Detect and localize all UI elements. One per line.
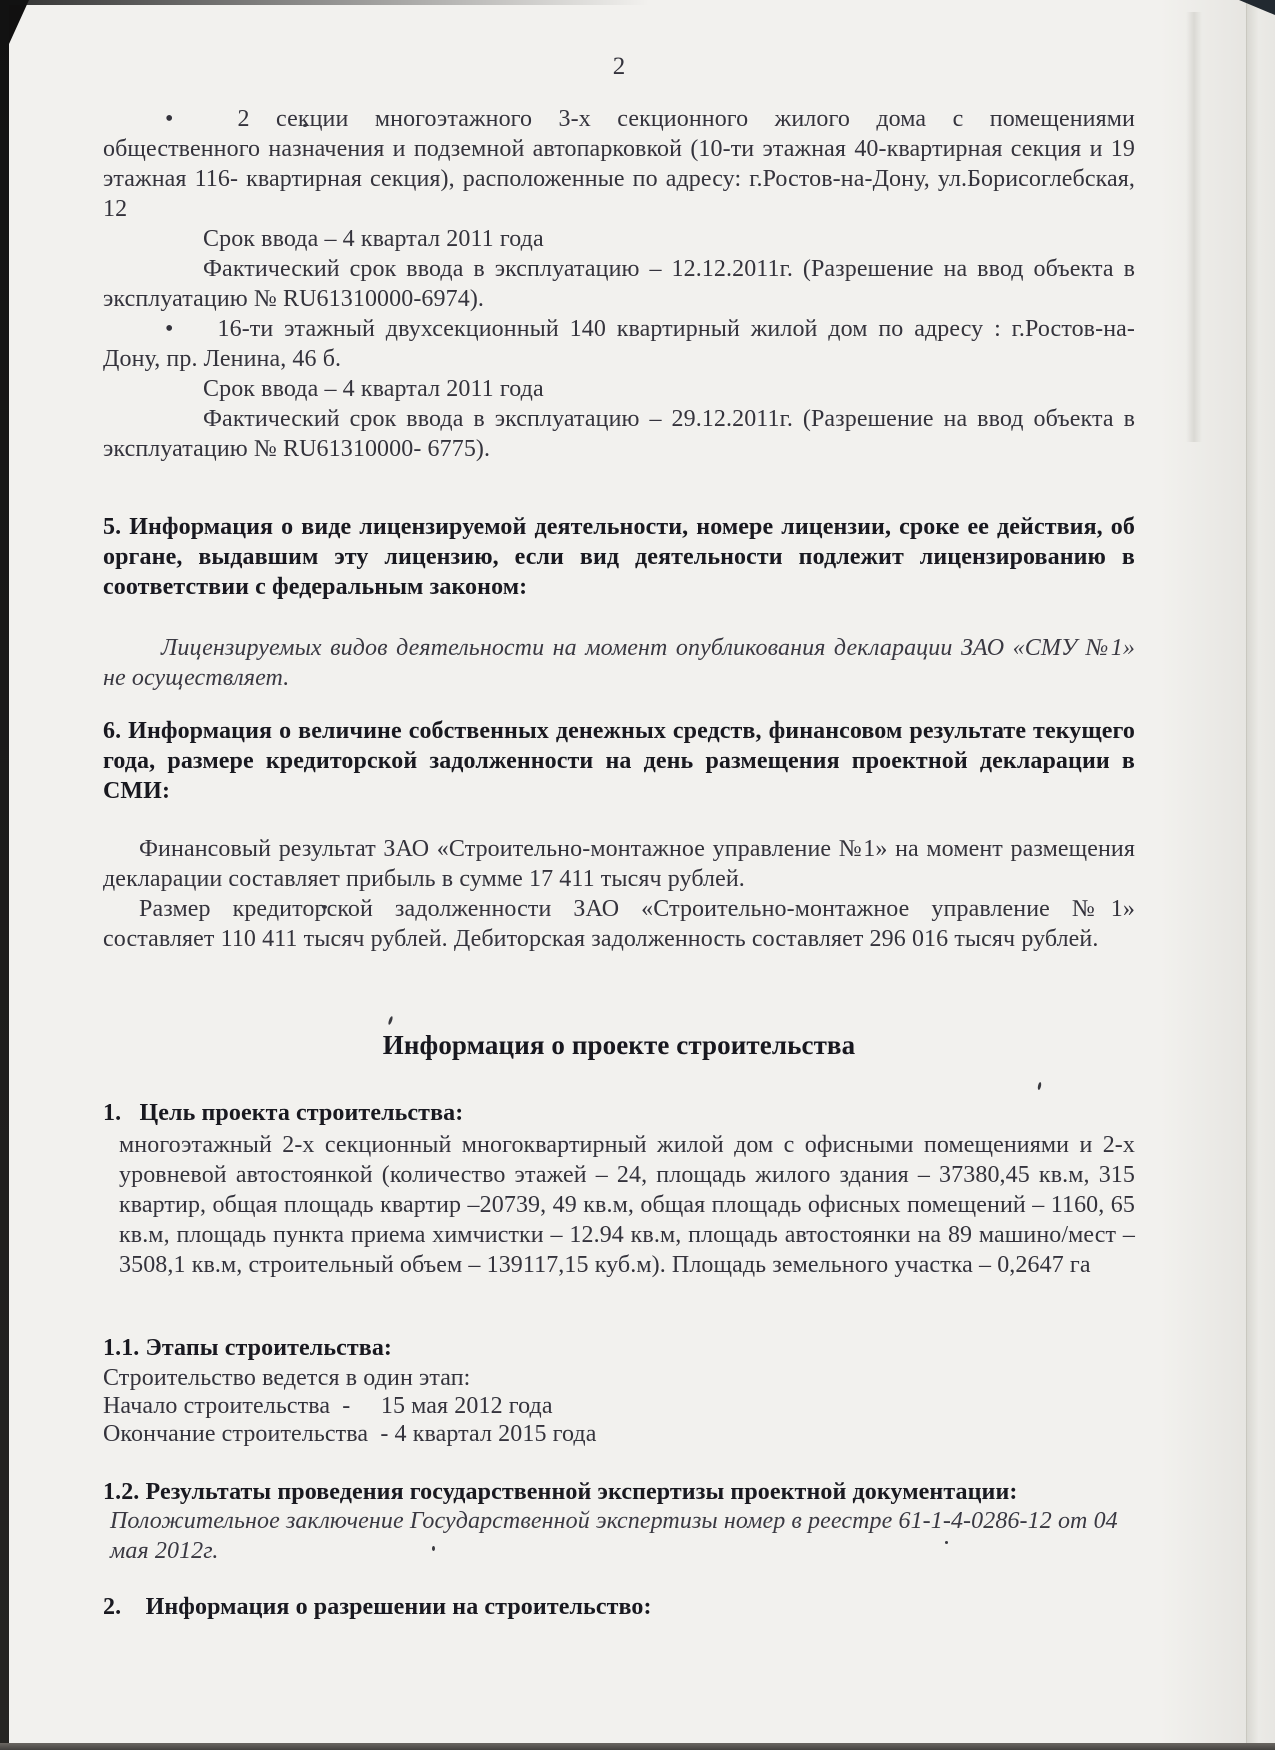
section-5-heading: 5. Информация о виде лицензируемой деяте… — [103, 512, 1135, 602]
scan-edge-left — [0, 0, 9, 1750]
construction-stages-line: Строительство ведется в один этап: — [103, 1363, 1135, 1393]
expertise-conclusion: Положительное заключение Государственной… — [103, 1506, 1142, 1566]
section-1-1-title: 1.1. Этапы строительства: — [103, 1333, 1135, 1363]
completed-object-1-text: 2 секции многоэтажного 3-х секционного ж… — [103, 106, 1135, 222]
paper-shading — [1160, 0, 1246, 1750]
project-info-heading: Информация о проекте строительства — [103, 1030, 1135, 1060]
completed-object-2-actual: Фактический срок ввода в эксплуатацию – … — [103, 404, 1135, 464]
completed-object-2-text: 16-ти этажный двухсекционный 140 квартир… — [103, 316, 1135, 372]
completed-object-2-term: Срок ввода – 4 квартал 2011 года — [103, 374, 1135, 404]
scan-speck — [1037, 1082, 1042, 1090]
section-1-body: многоэтажный 2-х секционный многоквартир… — [119, 1130, 1135, 1280]
bullet-icon: • — [165, 106, 238, 132]
scanned-document-page: 2 •2 секции многоэтажного 3-х секционног… — [0, 0, 1275, 1750]
scan-corner-top-right — [1239, 0, 1275, 15]
paper-crease — [1186, 12, 1202, 442]
scan-corner-top-left — [9, 0, 29, 44]
completed-object-1-term: Срок ввода – 4 квартал 2011 года — [103, 224, 1135, 254]
construction-end-line: Окончание строительства - 4 квартал 2015… — [103, 1419, 1135, 1449]
scan-side-strip — [1246, 0, 1275, 1750]
section-2-title: 2. Информация о разрешении на строительс… — [103, 1592, 1135, 1622]
scan-edge-top — [9, 0, 649, 5]
completed-object-2: •16-ти этажный двухсекционный 140 кварти… — [103, 314, 1135, 374]
financial-result-paragraph: Финансовый результат ЗАО «Строительно-мо… — [103, 834, 1135, 894]
section-6-heading: 6. Информация о величине собственных ден… — [103, 716, 1135, 806]
bullet-icon: • — [165, 316, 218, 342]
license-statement: Лицензируемых видов деятельности на моме… — [103, 633, 1135, 693]
section-1-title: 1. Цель проекта строительства: — [103, 1098, 1135, 1128]
completed-object-1-actual: Фактический срок ввода в эксплуатацию – … — [103, 254, 1135, 314]
completed-object-1: •2 секции многоэтажного 3-х секционного … — [103, 104, 1135, 224]
page-number: 2 — [103, 52, 1135, 82]
section-1-2-title: 1.2. Результаты проведения государственн… — [103, 1477, 1135, 1507]
scan-speck — [388, 1016, 394, 1025]
creditor-debt-paragraph: Размер кредиторской задолженности ЗАО «С… — [103, 894, 1135, 954]
construction-start-line: Начало строительства - 15 мая 2012 года — [103, 1391, 1135, 1421]
scan-edge-bottom — [0, 1743, 1275, 1750]
